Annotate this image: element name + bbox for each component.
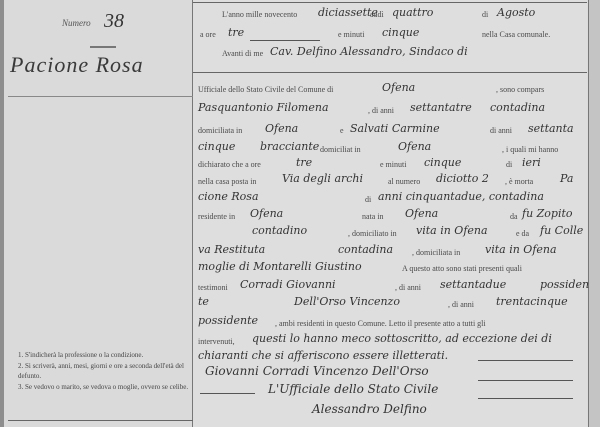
printed-text: Ufficiale dello Stato Civile del Comune … bbox=[198, 85, 333, 94]
footnote-3: 3. Se vedovo o marito, se vedova o mogli… bbox=[18, 382, 190, 392]
printed-text: testimoni bbox=[198, 283, 228, 292]
printed-text: di bbox=[365, 195, 371, 204]
handwritten-age: trentacinque bbox=[496, 295, 568, 308]
handwritten-place: Ofena bbox=[265, 122, 298, 135]
handwritten-year: diciassette bbox=[318, 6, 378, 19]
handwritten-deceased: cione Rosa bbox=[198, 190, 259, 203]
officer-title-signature: L'Ufficiale dello Stato Civile bbox=[268, 382, 438, 396]
handwritten-signing-note: chiaranti che si afferiscono essere ille… bbox=[198, 349, 448, 362]
handwritten-street: Via degli archi bbox=[282, 172, 363, 185]
handwritten-declarant-2: Salvati Carmine bbox=[350, 122, 440, 135]
handwritten-domicile: vita in Ofena bbox=[416, 224, 488, 237]
printed-text: , domiciliato in bbox=[348, 229, 397, 238]
printed-text: , è morta bbox=[505, 177, 533, 186]
signature-line bbox=[200, 393, 255, 394]
record-number: 38 bbox=[104, 10, 124, 33]
handwritten-profession-cont: te bbox=[198, 295, 209, 308]
printed-text: e da bbox=[516, 229, 529, 238]
printed-text: nella Casa comunale. bbox=[482, 30, 550, 39]
handwritten-hour: tre bbox=[228, 26, 244, 39]
printed-text: dichiarato che a ore bbox=[198, 160, 261, 169]
footnotes: 1. S'indicherà la professione o la condi… bbox=[18, 350, 190, 393]
printed-text: e bbox=[340, 126, 344, 135]
handwritten-officer: Cav. Delfino Alessandro, Sindaco di bbox=[270, 45, 468, 58]
officer-signature: Alessandro Delfino bbox=[312, 402, 427, 416]
witness-signatures: Giovanni Corradi Vincenzo Dell'Orso bbox=[205, 364, 429, 378]
numero-label: Numero bbox=[62, 18, 91, 28]
handwritten-profession: contadina bbox=[490, 101, 545, 114]
handwritten-witness-1: Corradi Giovanni bbox=[240, 278, 336, 291]
printed-text: a ore bbox=[200, 30, 216, 39]
handwritten-birthplace: Ofena bbox=[405, 207, 438, 220]
printed-text: , di anni bbox=[368, 106, 394, 115]
fill-line bbox=[478, 360, 573, 361]
handwritten-day: quattro bbox=[392, 6, 433, 19]
printed-text: intervenuti, bbox=[198, 337, 235, 346]
handwritten-age-cont: cinque bbox=[198, 140, 235, 153]
printed-text: A questo atto sono stati presenti quali bbox=[402, 264, 522, 273]
printed-text: addì bbox=[370, 10, 384, 19]
deceased-name: Pacione Rosa bbox=[10, 52, 144, 78]
handwritten-domicile: vita in Ofena bbox=[485, 243, 557, 256]
handwritten-hour: tre bbox=[296, 156, 312, 169]
handwritten-age: settantatre bbox=[410, 101, 472, 114]
printed-text: domiciliata in bbox=[198, 126, 242, 135]
section-rule bbox=[193, 72, 587, 73]
handwritten-father: fu Zopito bbox=[522, 207, 573, 220]
printed-text: da bbox=[510, 212, 518, 221]
handwritten-age-profession: anni cinquantadue, contadina bbox=[378, 190, 544, 203]
handwritten-profession: possidente bbox=[198, 314, 258, 327]
handwritten-signing-note: questi lo hanno meco sottoscritto, ad ec… bbox=[252, 332, 552, 345]
printed-text: residente in bbox=[198, 212, 235, 221]
printed-text: , ambi residenti in questo Comune. Letto… bbox=[275, 319, 486, 328]
handwritten-residence: Ofena bbox=[250, 207, 283, 220]
handwritten-minutes: cinque bbox=[424, 156, 461, 169]
handwritten-age: settantadue bbox=[440, 278, 506, 291]
printed-text: L'anno mille novecento bbox=[222, 10, 297, 19]
handwritten-month: Agosto bbox=[497, 6, 535, 19]
divider bbox=[8, 420, 194, 421]
footnote-1: 1. S'indicherà la professione o la condi… bbox=[18, 350, 190, 360]
page-edge bbox=[588, 0, 600, 427]
handwritten-mother: va Restituta bbox=[198, 243, 265, 256]
handwritten-spouse: moglie di Montarelli Giustino bbox=[198, 260, 362, 273]
left-margin-panel: Numero 38 Pacione Rosa 1. S'indicherà la… bbox=[4, 0, 193, 427]
handwritten-house-number: diciotto 2 bbox=[436, 172, 489, 185]
printed-text: di bbox=[506, 160, 512, 169]
printed-text: di bbox=[482, 10, 488, 19]
signature-line bbox=[478, 380, 573, 381]
printed-text: domiciliat in bbox=[320, 145, 361, 154]
printed-text: e minuti bbox=[380, 160, 406, 169]
handwritten-profession: bracciante bbox=[260, 140, 319, 153]
handwritten-day: ieri bbox=[522, 156, 541, 169]
ornament-divider bbox=[90, 46, 116, 48]
handwritten-declarant-1: Pasquantonio Filomena bbox=[198, 101, 329, 114]
handwritten-place: Ofena bbox=[398, 140, 431, 153]
civil-record-page: Numero 38 Pacione Rosa 1. S'indicherà la… bbox=[0, 0, 600, 427]
signature-line bbox=[478, 398, 573, 399]
handwritten-comune: Ofena bbox=[382, 81, 415, 94]
printed-text: , sono compars bbox=[496, 85, 544, 94]
printed-text: di anni bbox=[490, 126, 512, 135]
divider bbox=[8, 96, 194, 97]
printed-text: , i quali mi hanno bbox=[502, 145, 558, 154]
handwritten-age: settanta bbox=[528, 122, 574, 135]
printed-text: Avanti di me bbox=[222, 49, 263, 58]
printed-text: e minuti bbox=[338, 30, 364, 39]
handwritten-profession: contadino bbox=[252, 224, 307, 237]
printed-text: nata in bbox=[362, 212, 384, 221]
printed-text: nella casa posta in bbox=[198, 177, 256, 186]
handwritten-mother: fu Colle bbox=[540, 224, 583, 237]
handwritten-deceased: Pa bbox=[560, 172, 573, 185]
top-rule bbox=[193, 2, 587, 3]
handwritten-profession: contadina bbox=[338, 243, 393, 256]
printed-text: , di anni bbox=[448, 300, 474, 309]
fill-line bbox=[250, 40, 320, 41]
handwritten-minutes: cinque bbox=[382, 26, 419, 39]
handwritten-witness-2: Dell'Orso Vincenzo bbox=[294, 295, 400, 308]
printed-text: al numero bbox=[388, 177, 420, 186]
handwritten-profession: possiden bbox=[540, 278, 589, 291]
printed-text: , di anni bbox=[395, 283, 421, 292]
printed-text: , domiciliata in bbox=[412, 248, 460, 257]
footnote-2: 2. Si scriverà, anni, mesi, giorni e ore… bbox=[18, 361, 190, 381]
